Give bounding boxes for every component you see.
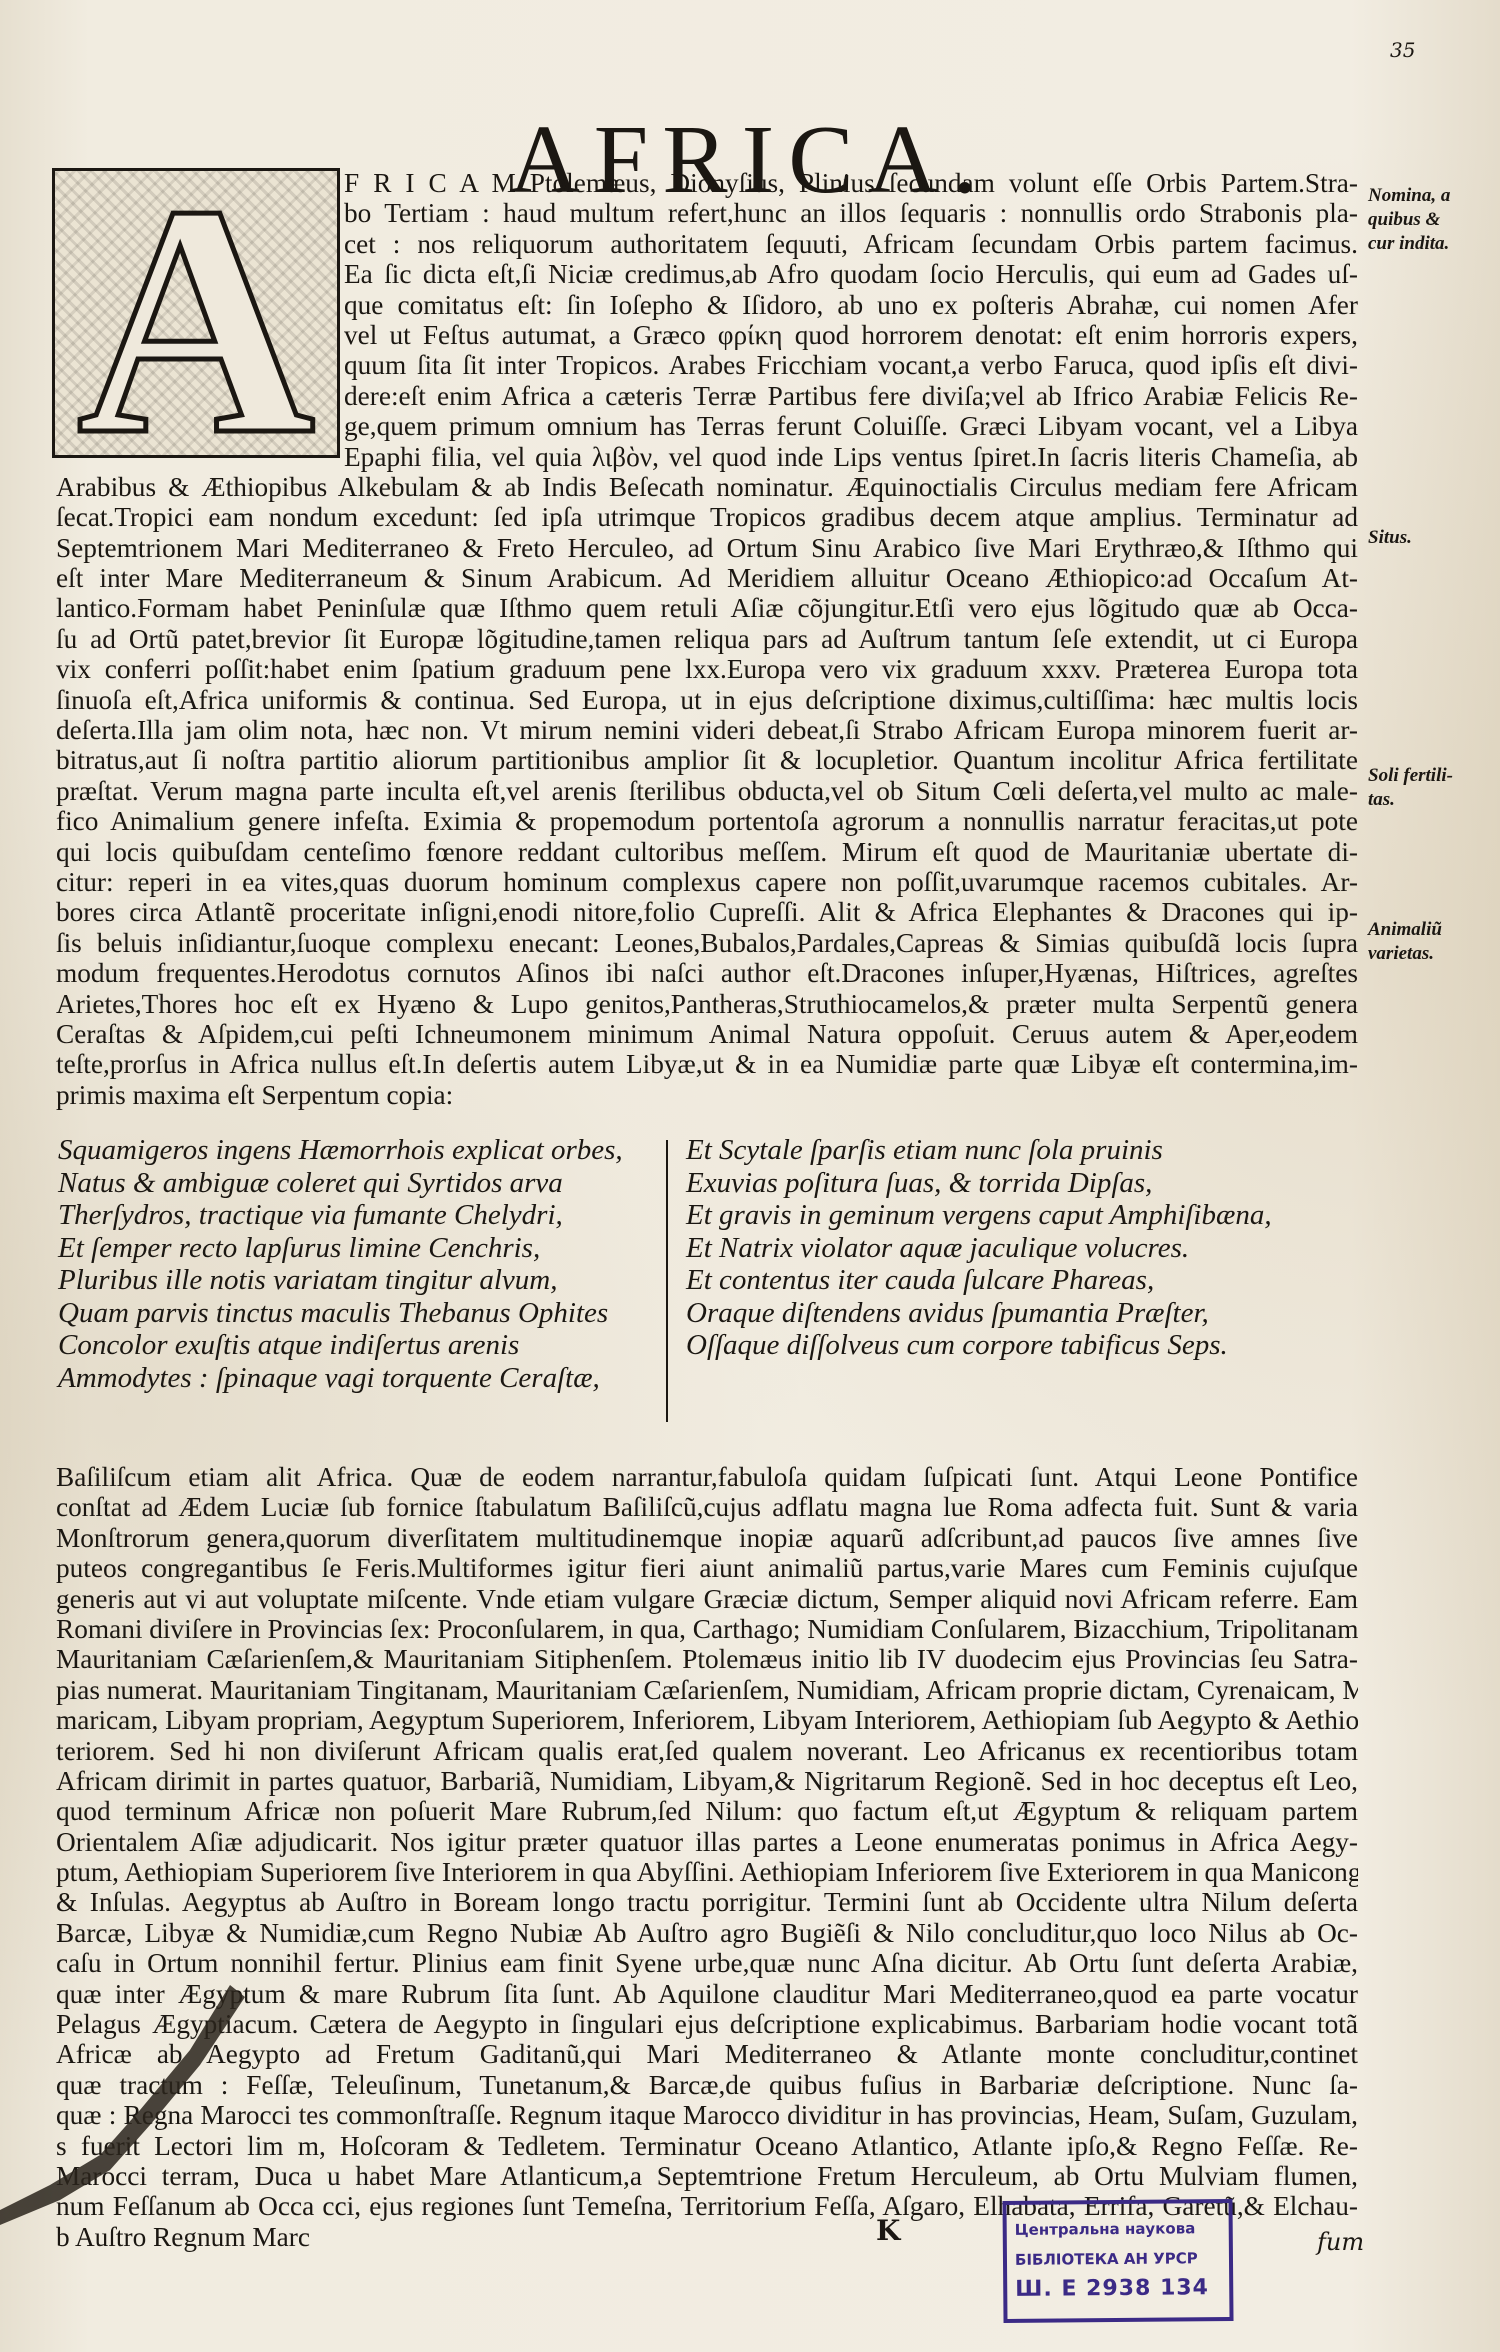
text-line: ptum, Aethiopiam Superiorem ſive Interio… [56, 1857, 1358, 1887]
text-line: cet : nos reliquorum authoritatem ſequut… [56, 229, 1358, 259]
text-line: conſtat ad Ædem Luciæ ſub fornice ſtabul… [56, 1492, 1358, 1522]
text-line: bores circa Atlantẽ proceritate inſigni,… [56, 897, 1358, 927]
verse-line: Et Scytale ſparſis etiam nunc ſola pruin… [686, 1134, 1336, 1167]
text-line: Monſtrorum genera,quorum diverſitatem mu… [56, 1523, 1358, 1553]
text-line: Arietes,Thores hoc eſt ex Hyæno & Lupo g… [56, 989, 1358, 1019]
text-line: maricam, Libyam propriam, Aegyptum Super… [56, 1705, 1358, 1735]
text-line: Pelagus Ægyptiacum. Cætera de Aegypto in… [56, 2009, 1358, 2039]
text-line: s fuerit Lectori lim m, Hoſcoram & Tedle… [56, 2131, 1358, 2161]
stamp-shelf-mark: Ш. Е 2938 134 [1015, 2273, 1223, 2305]
text-line: pias numerat. Mauritaniam Tingitanam, Ma… [56, 1675, 1358, 1705]
poem-divider [666, 1140, 668, 1422]
text-line: Baſiliſcum etiam alit Africa. Quæ de eod… [56, 1462, 1358, 1492]
text-line: teriorem. Sed hi non diviſerunt Africam … [56, 1736, 1358, 1766]
text-line: fico Animalium genere infeſta. Eximia & … [56, 806, 1358, 836]
verse-line: Squamigeros ingens Hæmorrhois explicat o… [58, 1134, 648, 1167]
text-line: Orientalem Aſiæ adjudicarit. Nos igitur … [56, 1827, 1358, 1857]
text-line: citur: reperi in ea vites,quas duorum ho… [56, 867, 1358, 897]
catchword: fum [1317, 2228, 1364, 2256]
text-line: ſecat.Tropici eam nondum excedunt: ſed i… [56, 502, 1358, 532]
intro-paragraph: F R I C A M Ptolemæus, Dionyſius, Pliniu… [56, 168, 1358, 1110]
text-line: quum ſita ſit inter Tropicos. Arabes Fri… [56, 350, 1358, 380]
verse-line: Et gravis in geminum vergens caput Amphi… [686, 1199, 1336, 1232]
verse-line: Concolor exuſtis atque indiſertus arenis [58, 1329, 648, 1362]
text-line: teſte,prorſus in Africa nullus eſt.In de… [56, 1049, 1358, 1079]
text-line: Africam dirimit in partes quatuor, Barba… [56, 1766, 1358, 1796]
text-line: Africæ ab Aegypto ad Fretum Gaditanũ,qui… [56, 2039, 1358, 2069]
text-line: bitratus,aut ſi noſtra partitio aliorum … [56, 745, 1358, 775]
text-line: ſinuoſa eſt,Africa uniformis & continua.… [56, 685, 1358, 715]
library-stamp: Центральна наукова БІБЛІОТЕКА АН УРСР Ш.… [1002, 2199, 1233, 2323]
text-line: Ea ſic dicta eſt,ſi Niciæ credimus,ab Af… [56, 259, 1358, 289]
signature-mark: K [876, 2214, 900, 2247]
text-line: puteos congregantibus ſe Feris.Multiform… [56, 1553, 1358, 1583]
verse-line: Exuvias poſitura ſuas, & torrida Dipſas, [686, 1167, 1336, 1200]
text-line: quæ inter Ægyptum & mare Rubrum ſita ſun… [56, 1979, 1358, 2009]
verse-line: Ammodytes : ſpinaque vagi torquente Cera… [58, 1362, 648, 1395]
text-line: eſt inter Mare Mediterraneum & Sinum Ara… [56, 563, 1358, 593]
verse-line: Pluribus ille notis variatam tingitur al… [58, 1264, 648, 1297]
text-line: vix conferri poſſit:habet enim ſpatium g… [56, 654, 1358, 684]
text-line: ſis beluis inſidiantur,ſuoque complexu e… [56, 928, 1358, 958]
text-line: Arabibus & Æthiopibus Alkebulam & ab Ind… [56, 472, 1358, 502]
text-line: primis maxima eſt Serpentum copia: [56, 1080, 1358, 1110]
poem-left-column: Squamigeros ingens Hæmorrhois explicat o… [58, 1134, 648, 1394]
text-line: lantico.Formam habet Peninſulæ quæ Iſthm… [56, 593, 1358, 623]
text-line: modum frequentes.Herodotus cornutos Aſin… [56, 958, 1358, 988]
text-line: que comitatus eſt: ſin Ioſepho & Iſidoro… [56, 290, 1358, 320]
margin-note-soli-fertilitas: Soli fertili- tas. [1368, 764, 1453, 812]
text-line: quod terminum Africæ non poſuerit Mare R… [56, 1796, 1358, 1826]
text-line: Barcæ, Libyæ & Numidiæ,cum Regno Nubiæ A… [56, 1918, 1358, 1948]
text-line: deſerta.Illa jam olim nota, hæc non. Vt … [56, 715, 1358, 745]
verse-line: Et contentus iter cauda ſulcare Phareas, [686, 1264, 1336, 1297]
text-line: quæ tractum : Feſſæ, Teleuſinum, Tunetan… [56, 2070, 1358, 2100]
verse-line: Therſydros, tractique via fumante Chelyd… [58, 1199, 648, 1232]
text-line: præſtat. Verum magna parte inculta eſt,v… [56, 776, 1358, 806]
text-line: generis aut vi aut voluptate miſcente. V… [56, 1584, 1358, 1614]
text-line: F R I C A M Ptolemæus, Dionyſius, Pliniu… [56, 168, 1358, 198]
margin-note-nomina: Nomina, a quibus & cur indita. [1368, 184, 1450, 256]
text-line: ge,quem primum omnium has Terras ferunt … [56, 411, 1358, 441]
verse-line: Oſſaque diſſolveus cum corpore tabificus… [686, 1329, 1336, 1362]
text-line: Septemtrionem Mari Mediterraneo & Freto … [56, 533, 1358, 563]
text-line: caſu in Ortum nonnihil fertur. Plinius e… [56, 1948, 1358, 1978]
text-line: & Inſulas. Aegyptus ab Auſtro in Boream … [56, 1887, 1358, 1917]
stamp-line-1: Центральна наукова [1015, 2213, 1223, 2245]
verse-line: Et Natrix violator aquæ jaculique volucr… [686, 1232, 1336, 1265]
text-line: Epaphi filia, vel quia λιβὸν, vel quod i… [56, 442, 1358, 472]
margin-note-animalium-varietas: Animaliũ varietas. [1368, 918, 1442, 966]
poem-right-column: Et Scytale ſparſis etiam nunc ſola pruin… [686, 1134, 1336, 1362]
verse-line: Natus & ambiguæ coleret qui Syrtidos arv… [58, 1167, 648, 1200]
text-line: Mauritaniam Cæſarienſem,& Mauritaniam Si… [56, 1644, 1358, 1674]
stamp-line-2: БІБЛІОТЕКА АН УРСР [1015, 2243, 1223, 2275]
page-number: 35 [1390, 38, 1415, 62]
text-line: ſu ad Ortũ patet,brevior ſit Europæ lõgi… [56, 624, 1358, 654]
verse-line: Et ſemper recto lapſurus limine Cenchris… [58, 1232, 648, 1265]
text-line: quæ : Regna Marocci tes commonſtraſſe. R… [56, 2100, 1358, 2130]
verse-line: Oraque diſtendens avidus ſpumantia Præſt… [686, 1297, 1336, 1330]
text-line: dere:eſt enim Africa a cæteris Terræ Par… [56, 381, 1358, 411]
text-line: bo Tertiam : haud multum refert,hunc an … [56, 198, 1358, 228]
second-paragraph: Baſiliſcum etiam alit Africa. Quæ de eod… [56, 1462, 1358, 2252]
text-line: Ceraſtas & Aſpidem,cui peſti Ichneumonem… [56, 1019, 1358, 1049]
verse-line: Quam parvis tinctus maculis Thebanus Oph… [58, 1297, 648, 1330]
text-line: qui locis quibuſdam centeſimo fœnore red… [56, 837, 1358, 867]
text-line: vel ut Feſtus autumat, a Græco φρίκη quo… [56, 320, 1358, 350]
text-line: Marocci terram, Duca u habet Mare Atlant… [56, 2161, 1358, 2191]
margin-note-situs: Situs. [1368, 526, 1412, 550]
text-line: Romani diviſere in Provincias ſex: Proco… [56, 1614, 1358, 1644]
